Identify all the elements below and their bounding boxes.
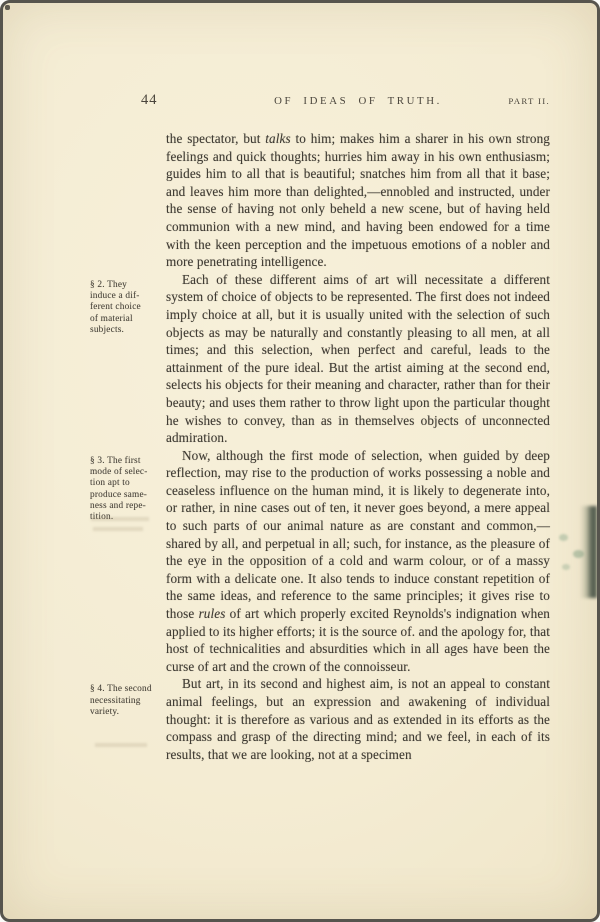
text-segment: Each of these different aims of art will…: [166, 272, 550, 445]
page-edge-shadow-blot: [580, 506, 597, 598]
margin-note-line: § 3. The first: [90, 456, 158, 467]
margin-note-column: [90, 130, 166, 139]
margin-note-column: § 4. The secondnecessitatingvariety.: [90, 675, 166, 718]
page-content: the spectator, but talks to him; makes h…: [90, 130, 550, 763]
text-segment: But art, in its second and highest aim, …: [166, 676, 550, 761]
paragraph-row: § 3. The firstmode of selec-tion apt top…: [90, 447, 550, 676]
body-paragraph: Now, although the first mode of selectio…: [166, 447, 550, 676]
text-segment: Now, although the first mode of selectio…: [166, 448, 550, 621]
margin-note-line: subjects.: [90, 325, 158, 336]
margin-note-line: tition.: [90, 512, 158, 523]
margin-note: § 2. Theyinduce a dif-ferent choiceof ma…: [90, 280, 158, 336]
margin-note-column: § 2. Theyinduce a dif-ferent choiceof ma…: [90, 271, 166, 336]
body-paragraph: Each of these different aims of art will…: [166, 271, 550, 447]
part-label: PART II.: [508, 96, 550, 106]
scan-fleck: [573, 550, 584, 558]
scan-fleck: [562, 564, 570, 570]
margin-note-line: variety.: [90, 707, 158, 718]
margin-note-line: § 2. They: [90, 280, 158, 291]
body-paragraph: the spectator, but talks to him; makes h…: [166, 130, 550, 271]
margin-note-line: produce same-: [90, 490, 158, 501]
body-paragraph: But art, in its second and highest aim, …: [166, 675, 550, 763]
italic-word: talks: [265, 131, 290, 146]
page-number: 44: [141, 92, 158, 109]
text-segment: the spectator, but: [166, 131, 265, 146]
margin-note-line: ferent choice: [90, 302, 158, 313]
margin-note-line: ness and repe-: [90, 501, 158, 512]
margin-note-line: necessitating: [90, 696, 158, 707]
page-header: 44 OF IDEAS OF TRUTH. PART II.: [90, 92, 550, 114]
paragraph-row: § 4. The secondnecessitatingvariety. But…: [90, 675, 550, 763]
margin-note-line: tion apt to: [90, 478, 158, 489]
margin-note-line: induce a dif-: [90, 291, 158, 302]
margin-note-column: § 3. The firstmode of selec-tion apt top…: [90, 447, 166, 524]
italic-word: rules: [199, 606, 226, 621]
paragraph-row: § 2. Theyinduce a dif-ferent choiceof ma…: [90, 271, 550, 447]
margin-note-line: mode of selec-: [90, 467, 158, 478]
scan-fleck: [559, 534, 568, 541]
margin-note-line: § 4. The second: [90, 684, 158, 695]
running-title: OF IDEAS OF TRUTH.: [166, 95, 550, 107]
margin-note: § 4. The secondnecessitatingvariety.: [90, 684, 158, 718]
book-page: 44 OF IDEAS OF TRUTH. PART II. the spect…: [0, 0, 600, 922]
corner-speck: [5, 5, 10, 10]
margin-note: § 3. The firstmode of selec-tion apt top…: [90, 456, 158, 524]
paragraph-row: the spectator, but talks to him; makes h…: [90, 130, 550, 271]
text-segment: to him; makes him a sharer in his own st…: [166, 131, 550, 269]
margin-note-line: of material: [90, 314, 158, 325]
